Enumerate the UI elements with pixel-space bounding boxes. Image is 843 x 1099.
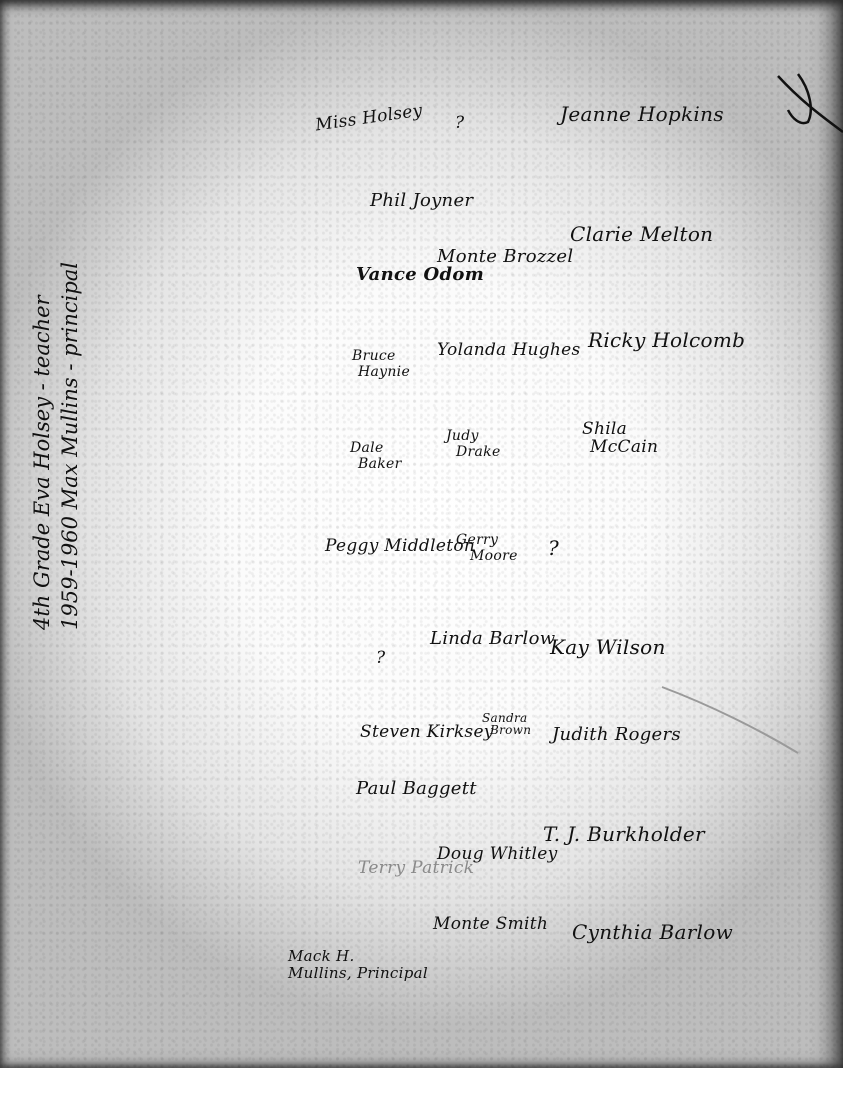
signature-cynthia-barlow: Cynthia Barlow bbox=[572, 920, 733, 944]
signature-clarie-melton: Clarie Melton bbox=[570, 222, 713, 246]
paper-texture bbox=[0, 0, 843, 1068]
signature-line: Dale bbox=[350, 440, 402, 456]
signature-dale-baker: Dale Baker bbox=[350, 440, 402, 472]
signature-sandra-brown: Sandra Brown bbox=[482, 712, 531, 736]
corner-check-mark-icon bbox=[770, 70, 843, 140]
caption-line-2: 1959-1960 Max Mullins - principal bbox=[58, 262, 82, 630]
signature-line: Haynie bbox=[352, 364, 410, 380]
signature-judith-rogers: Judith Rogers bbox=[552, 724, 681, 745]
signature-line: Shila bbox=[582, 420, 658, 438]
signature-mack-mullins-principal: Mack H. Mullins, Principal bbox=[288, 948, 428, 982]
scanned-card: 4th Grade Eva Holsey - teacher 1959-1960… bbox=[0, 0, 843, 1068]
signature-question-mark: ? bbox=[376, 648, 385, 668]
signature-phil-joyner: Phil Joyner bbox=[370, 190, 473, 211]
signature-gerry-moore: Gerry Moore bbox=[456, 532, 518, 564]
signature-tj-burkholder: T. J. Burkholder bbox=[543, 822, 705, 846]
signature-line: Drake bbox=[446, 444, 501, 460]
signature-shila-mccain: Shila McCain bbox=[582, 420, 658, 456]
signature-ricky-holcomb: Ricky Holcomb bbox=[588, 328, 745, 352]
caption-line-1: 4th Grade Eva Holsey - teacher bbox=[30, 295, 54, 630]
signature-judy-drake: Judy Drake bbox=[446, 428, 501, 460]
signature-line: Mullins, Principal bbox=[288, 965, 428, 982]
signature-jeanne-hopkins: Jeanne Hopkins bbox=[560, 102, 724, 126]
signature-line: Mack H. bbox=[288, 948, 428, 965]
signature-bruce-haynie: Bruce Haynie bbox=[352, 348, 410, 380]
signature-peggy-middleton: Peggy Middleton bbox=[325, 536, 475, 556]
signature-line: Bruce bbox=[352, 348, 410, 364]
signature-question-mark: ? bbox=[548, 536, 559, 560]
stray-pencil-line bbox=[660, 685, 800, 755]
signature-question-mark: ? bbox=[455, 113, 464, 133]
signature-line: Judy bbox=[446, 428, 501, 444]
signature-line: McCain bbox=[582, 438, 658, 456]
signature-yolanda-hughes: Yolanda Hughes bbox=[437, 340, 581, 360]
signature-line: Brown bbox=[482, 724, 531, 736]
signature-vance-odom: Vance Odom bbox=[356, 264, 484, 285]
signature-line: Gerry bbox=[456, 532, 518, 548]
signature-linda-barlow: Linda Barlow bbox=[430, 628, 555, 649]
signature-paul-baggett: Paul Baggett bbox=[356, 778, 477, 799]
signature-line: Baker bbox=[350, 456, 402, 472]
signature-monte-smith: Monte Smith bbox=[433, 914, 548, 934]
signature-terry-patrick: Terry Patrick bbox=[358, 858, 474, 878]
signature-kay-wilson: Kay Wilson bbox=[550, 635, 666, 659]
signature-steven-kirksey: Steven Kirksey bbox=[360, 722, 494, 742]
signature-line: Moore bbox=[456, 548, 518, 564]
